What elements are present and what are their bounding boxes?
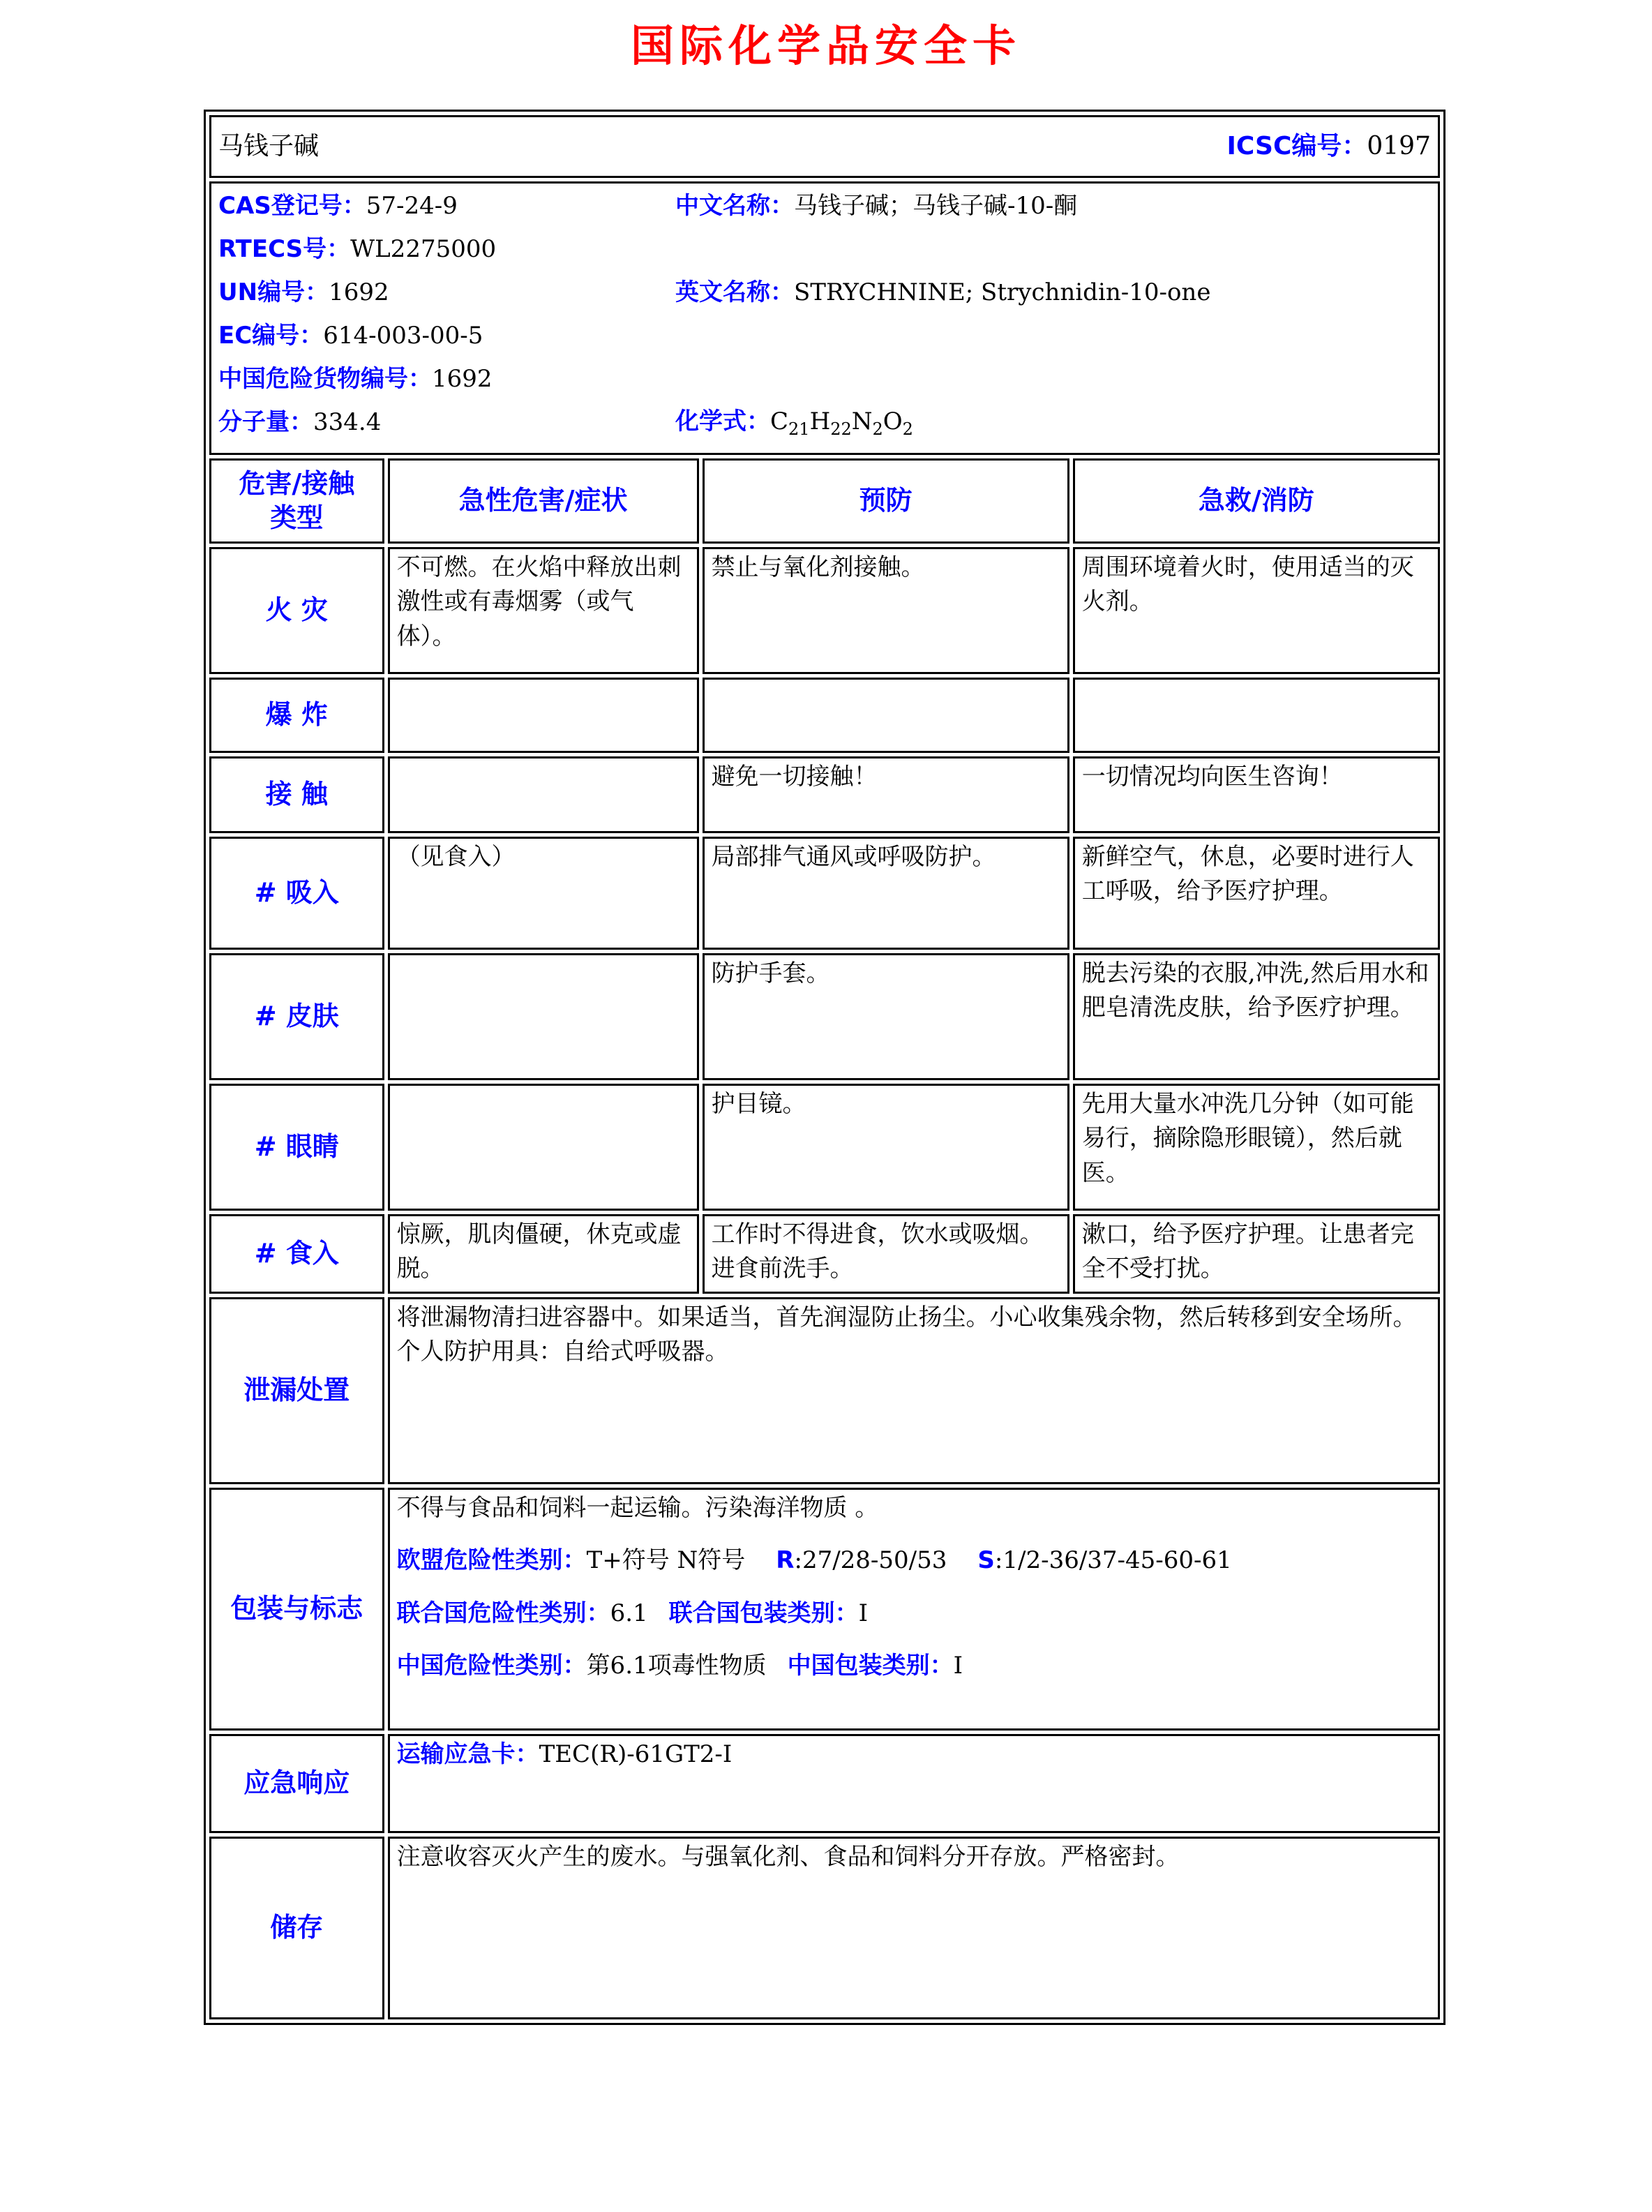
substance-name: 马钱子碱 xyxy=(218,128,319,165)
ec-value: 614-003-00-5 xyxy=(323,322,483,350)
skin-symptoms xyxy=(388,953,699,1080)
hazard-label-fire: 火 灾 xyxy=(209,547,384,674)
icsc-label: ICSC编号： xyxy=(1227,132,1367,160)
transport-card-value: TEC(R)-61GT2-I xyxy=(539,1740,733,1768)
cn-class-label: 中国危险性类别： xyxy=(397,1652,587,1680)
china-dg-value: 1692 xyxy=(432,365,493,393)
hazard-label-ingestion: # 食入 xyxy=(209,1214,384,1294)
fire-prevention: 禁止与氧化剂接触。 xyxy=(703,547,1069,674)
hazard-row-fire: 火 灾 不可燃。在火焰中释放出刺激性或有毒烟雾（或气体）。 禁止与氧化剂接触。 … xyxy=(209,547,1440,674)
hazard-label-contact: 接 触 xyxy=(209,756,384,833)
explosion-prevention xyxy=(703,678,1069,753)
identifier-molweight: 分子量：334.4 xyxy=(218,405,675,440)
hazard-row-skin: # 皮肤 防护手套。 脱去污染的衣服,冲洗,然后用水和肥皂清洗皮肤，给予医疗护理… xyxy=(209,953,1440,1080)
section-row-storage: 储存 注意收容灭火产生的废水。与强氧化剂、食品和饲料分开存放。严格密封。 xyxy=(209,1837,1440,2019)
rtecs-value: WL2275000 xyxy=(350,235,496,263)
s-phrase-label: S xyxy=(977,1546,995,1574)
transport-card-label: 运输应急卡： xyxy=(397,1740,539,1768)
contact-symptoms xyxy=(388,756,699,833)
identifier-china-dg: 中国危险货物编号：1692 xyxy=(218,362,675,396)
page: 国际化学品安全卡 马钱子碱 ICSC编号：0197 CAS xyxy=(0,0,1652,2212)
s-phrase-value: :1/2-36/37-45-60-61 xyxy=(995,1546,1232,1574)
eu-class-value: T+符号 N符号 xyxy=(587,1546,746,1574)
cas-value: 57-24-9 xyxy=(366,192,458,220)
skin-prevention: 防护手套。 xyxy=(703,953,1069,1080)
section-label-packaging: 包装与标志 xyxy=(209,1488,384,1731)
explosion-firstaid xyxy=(1073,678,1440,753)
identifiers-row: CAS登记号：57-24-9 中文名称：马钱子碱；马钱子碱-10-酮 RTECS… xyxy=(209,181,1440,455)
section-row-emergency: 应急响应 运输应急卡：TEC(R)-61GT2-I xyxy=(209,1734,1440,1833)
identifier-chinese-name: 中文名称：马钱子碱；马钱子碱-10-酮 xyxy=(675,189,1431,223)
hazard-header-prevention: 预防 xyxy=(703,458,1069,544)
section-label-spillage: 泄漏处置 xyxy=(209,1297,384,1484)
inhalation-prevention: 局部排气通风或呼吸防护。 xyxy=(703,837,1069,950)
hazard-row-contact: 接 触 避免一切接触！ 一切情况均向医生咨询！ xyxy=(209,756,1440,833)
section-label-emergency: 应急响应 xyxy=(209,1734,384,1833)
identifier-english-name: 英文名称：STRYCHNINE; Strychnidin-10-one xyxy=(675,276,1431,310)
r-phrase-value: :27/28-50/53 xyxy=(794,1546,947,1574)
hazard-label-skin: # 皮肤 xyxy=(209,953,384,1080)
emergency-cell: 运输应急卡：TEC(R)-61GT2-I xyxy=(388,1734,1440,1833)
ingestion-prevention: 工作时不得进食，饮水或吸烟。进食前洗手。 xyxy=(703,1214,1069,1294)
identifier-cas: CAS登记号：57-24-9 xyxy=(218,189,675,223)
eu-class-label: 欧盟危险性类别： xyxy=(397,1546,587,1574)
ec-label: EC编号： xyxy=(218,322,323,350)
hazard-row-eyes: # 眼睛 护目镜。 先用大量水冲洗几分钟（如可能易行，摘除隐形眼镜），然后就医。 xyxy=(209,1084,1440,1211)
hazard-label-explosion: 爆 炸 xyxy=(209,678,384,753)
eyes-prevention: 护目镜。 xyxy=(703,1084,1069,1211)
safety-card-table: 马钱子碱 ICSC编号：0197 CAS登记号：57-24-9 中文名称：马钱子… xyxy=(204,110,1445,2025)
cn-class-value: 第6.1项毒性物质 xyxy=(587,1652,767,1680)
hazard-row-inhalation: # 吸入 （见食入） 局部排气通风或呼吸防护。 新鲜空气，休息，必要时进行人工呼… xyxy=(209,837,1440,950)
ingestion-firstaid: 漱口，给予医疗护理。让患者完全不受打扰。 xyxy=(1073,1214,1440,1294)
identifiers-grid: CAS登记号：57-24-9 中文名称：马钱子碱；马钱子碱-10-酮 RTECS… xyxy=(218,185,1431,444)
cn-pack-label: 中国包装类别： xyxy=(788,1652,954,1680)
icsc-number-group: ICSC编号：0197 xyxy=(1227,128,1431,165)
identifier-un: UN编号：1692 xyxy=(218,276,675,310)
hazard-label-inhalation: # 吸入 xyxy=(209,837,384,950)
packaging-eu-line: 欧盟危险性类别：T+符号 N符号R:27/28-50/53S:1/2-36/37… xyxy=(397,1544,1431,1578)
section-row-spillage: 泄漏处置 将泄漏物清扫进容器中。如果适当，首先润湿防止扬尘。小心收集残余物，然后… xyxy=(209,1297,1440,1484)
eyes-symptoms xyxy=(388,1084,699,1211)
explosion-symptoms xyxy=(388,678,699,753)
page-title: 国际化学品安全卡 xyxy=(0,0,1652,73)
eyes-firstaid: 先用大量水冲洗几分钟（如可能易行，摘除隐形眼镜），然后就医。 xyxy=(1073,1084,1440,1211)
hazard-header-row: 危害/接触 类型 急性危害/症状 预防 急救/消防 xyxy=(209,458,1440,544)
english-name-label: 英文名称： xyxy=(675,278,794,306)
chinese-name-label: 中文名称： xyxy=(675,192,794,220)
packaging-cell: 不得与食品和饲料一起运输。污染海洋物质 。 欧盟危险性类别：T+符号 N符号R:… xyxy=(388,1488,1440,1731)
header-strip-cell: 马钱子碱 ICSC编号：0197 xyxy=(209,115,1440,178)
molweight-label: 分子量： xyxy=(218,408,313,436)
ingestion-symptoms: 惊厥，肌肉僵硬，休克或虚脱。 xyxy=(388,1214,699,1294)
molweight-value: 334.4 xyxy=(313,408,381,436)
contact-firstaid: 一切情况均向医生咨询！ xyxy=(1073,756,1440,833)
section-label-storage: 储存 xyxy=(209,1837,384,2019)
inhalation-firstaid: 新鲜空气，休息，必要时进行人工呼吸，给予医疗护理。 xyxy=(1073,837,1440,950)
chemical-formula-value: C21H22N2O2 xyxy=(770,408,913,435)
storage-text: 注意收容灭火产生的废水。与强氧化剂、食品和饲料分开存放。严格密封。 xyxy=(388,1837,1440,2019)
hazard-row-explosion: 爆 炸 xyxy=(209,678,1440,753)
inhalation-symptoms: （见食入） xyxy=(388,837,699,950)
chinese-name-value: 马钱子碱；马钱子碱-10-酮 xyxy=(794,192,1077,220)
fire-firstaid: 周围环境着火时，使用适当的灭火剂。 xyxy=(1073,547,1440,674)
cn-pack-value: I xyxy=(954,1652,963,1680)
english-name-value: STRYCHNINE; Strychnidin-10-one xyxy=(794,278,1210,306)
un-pack-label: 联合国包装类别： xyxy=(669,1599,859,1627)
un-value: 1692 xyxy=(329,278,389,306)
un-pack-value: I xyxy=(859,1599,868,1627)
hazard-row-ingestion: # 食入 惊厥，肌肉僵硬，休克或虚脱。 工作时不得进食，饮水或吸烟。进食前洗手。… xyxy=(209,1214,1440,1294)
un-label: UN编号： xyxy=(218,278,329,306)
packaging-cn-line: 中国危险性类别：第6.1项毒性物质中国包装类别：I xyxy=(397,1649,1431,1683)
icsc-number: 0197 xyxy=(1367,132,1431,160)
hazard-header-firstaid: 急救/消防 xyxy=(1073,458,1440,544)
cas-label: CAS登记号： xyxy=(218,192,366,220)
header-strip-row: 马钱子碱 ICSC编号：0197 xyxy=(209,115,1440,178)
un-class-value: 6.1 xyxy=(610,1599,648,1627)
un-class-label: 联合国危险性类别： xyxy=(397,1599,610,1627)
china-dg-label: 中国危险货物编号： xyxy=(218,365,432,393)
identifiers-cell: CAS登记号：57-24-9 中文名称：马钱子碱；马钱子碱-10-酮 RTECS… xyxy=(209,181,1440,455)
identifier-rtecs: RTECS号：WL2275000 xyxy=(218,232,675,267)
hazard-header-symptoms: 急性危害/症状 xyxy=(388,458,699,544)
section-row-packaging: 包装与标志 不得与食品和饲料一起运输。污染海洋物质 。 欧盟危险性类别：T+符号… xyxy=(209,1488,1440,1731)
chemical-formula-label: 化学式： xyxy=(675,408,770,435)
spillage-text: 将泄漏物清扫进容器中。如果适当，首先润湿防止扬尘。小心收集残余物，然后转移到安全… xyxy=(388,1297,1440,1484)
hazard-label-eyes: # 眼睛 xyxy=(209,1084,384,1211)
skin-firstaid: 脱去污染的衣服,冲洗,然后用水和肥皂清洗皮肤，给予医疗护理。 xyxy=(1073,953,1440,1080)
contact-prevention: 避免一切接触！ xyxy=(703,756,1069,833)
fire-symptoms: 不可燃。在火焰中释放出刺激性或有毒烟雾（或气体）。 xyxy=(388,547,699,674)
packaging-transport-note: 不得与食品和饲料一起运输。污染海洋物质 。 xyxy=(397,1491,1431,1525)
identifier-formula: 化学式：C21H22N2O2 xyxy=(675,405,1431,442)
packaging-un-line: 联合国危险性类别：6.1联合国包装类别：I xyxy=(397,1597,1431,1631)
identifier-ec: EC编号：614-003-00-5 xyxy=(218,319,675,353)
hazard-header-type: 危害/接触 类型 xyxy=(209,458,384,544)
r-phrase-label: R xyxy=(776,1546,794,1574)
rtecs-label: RTECS号： xyxy=(218,235,350,263)
